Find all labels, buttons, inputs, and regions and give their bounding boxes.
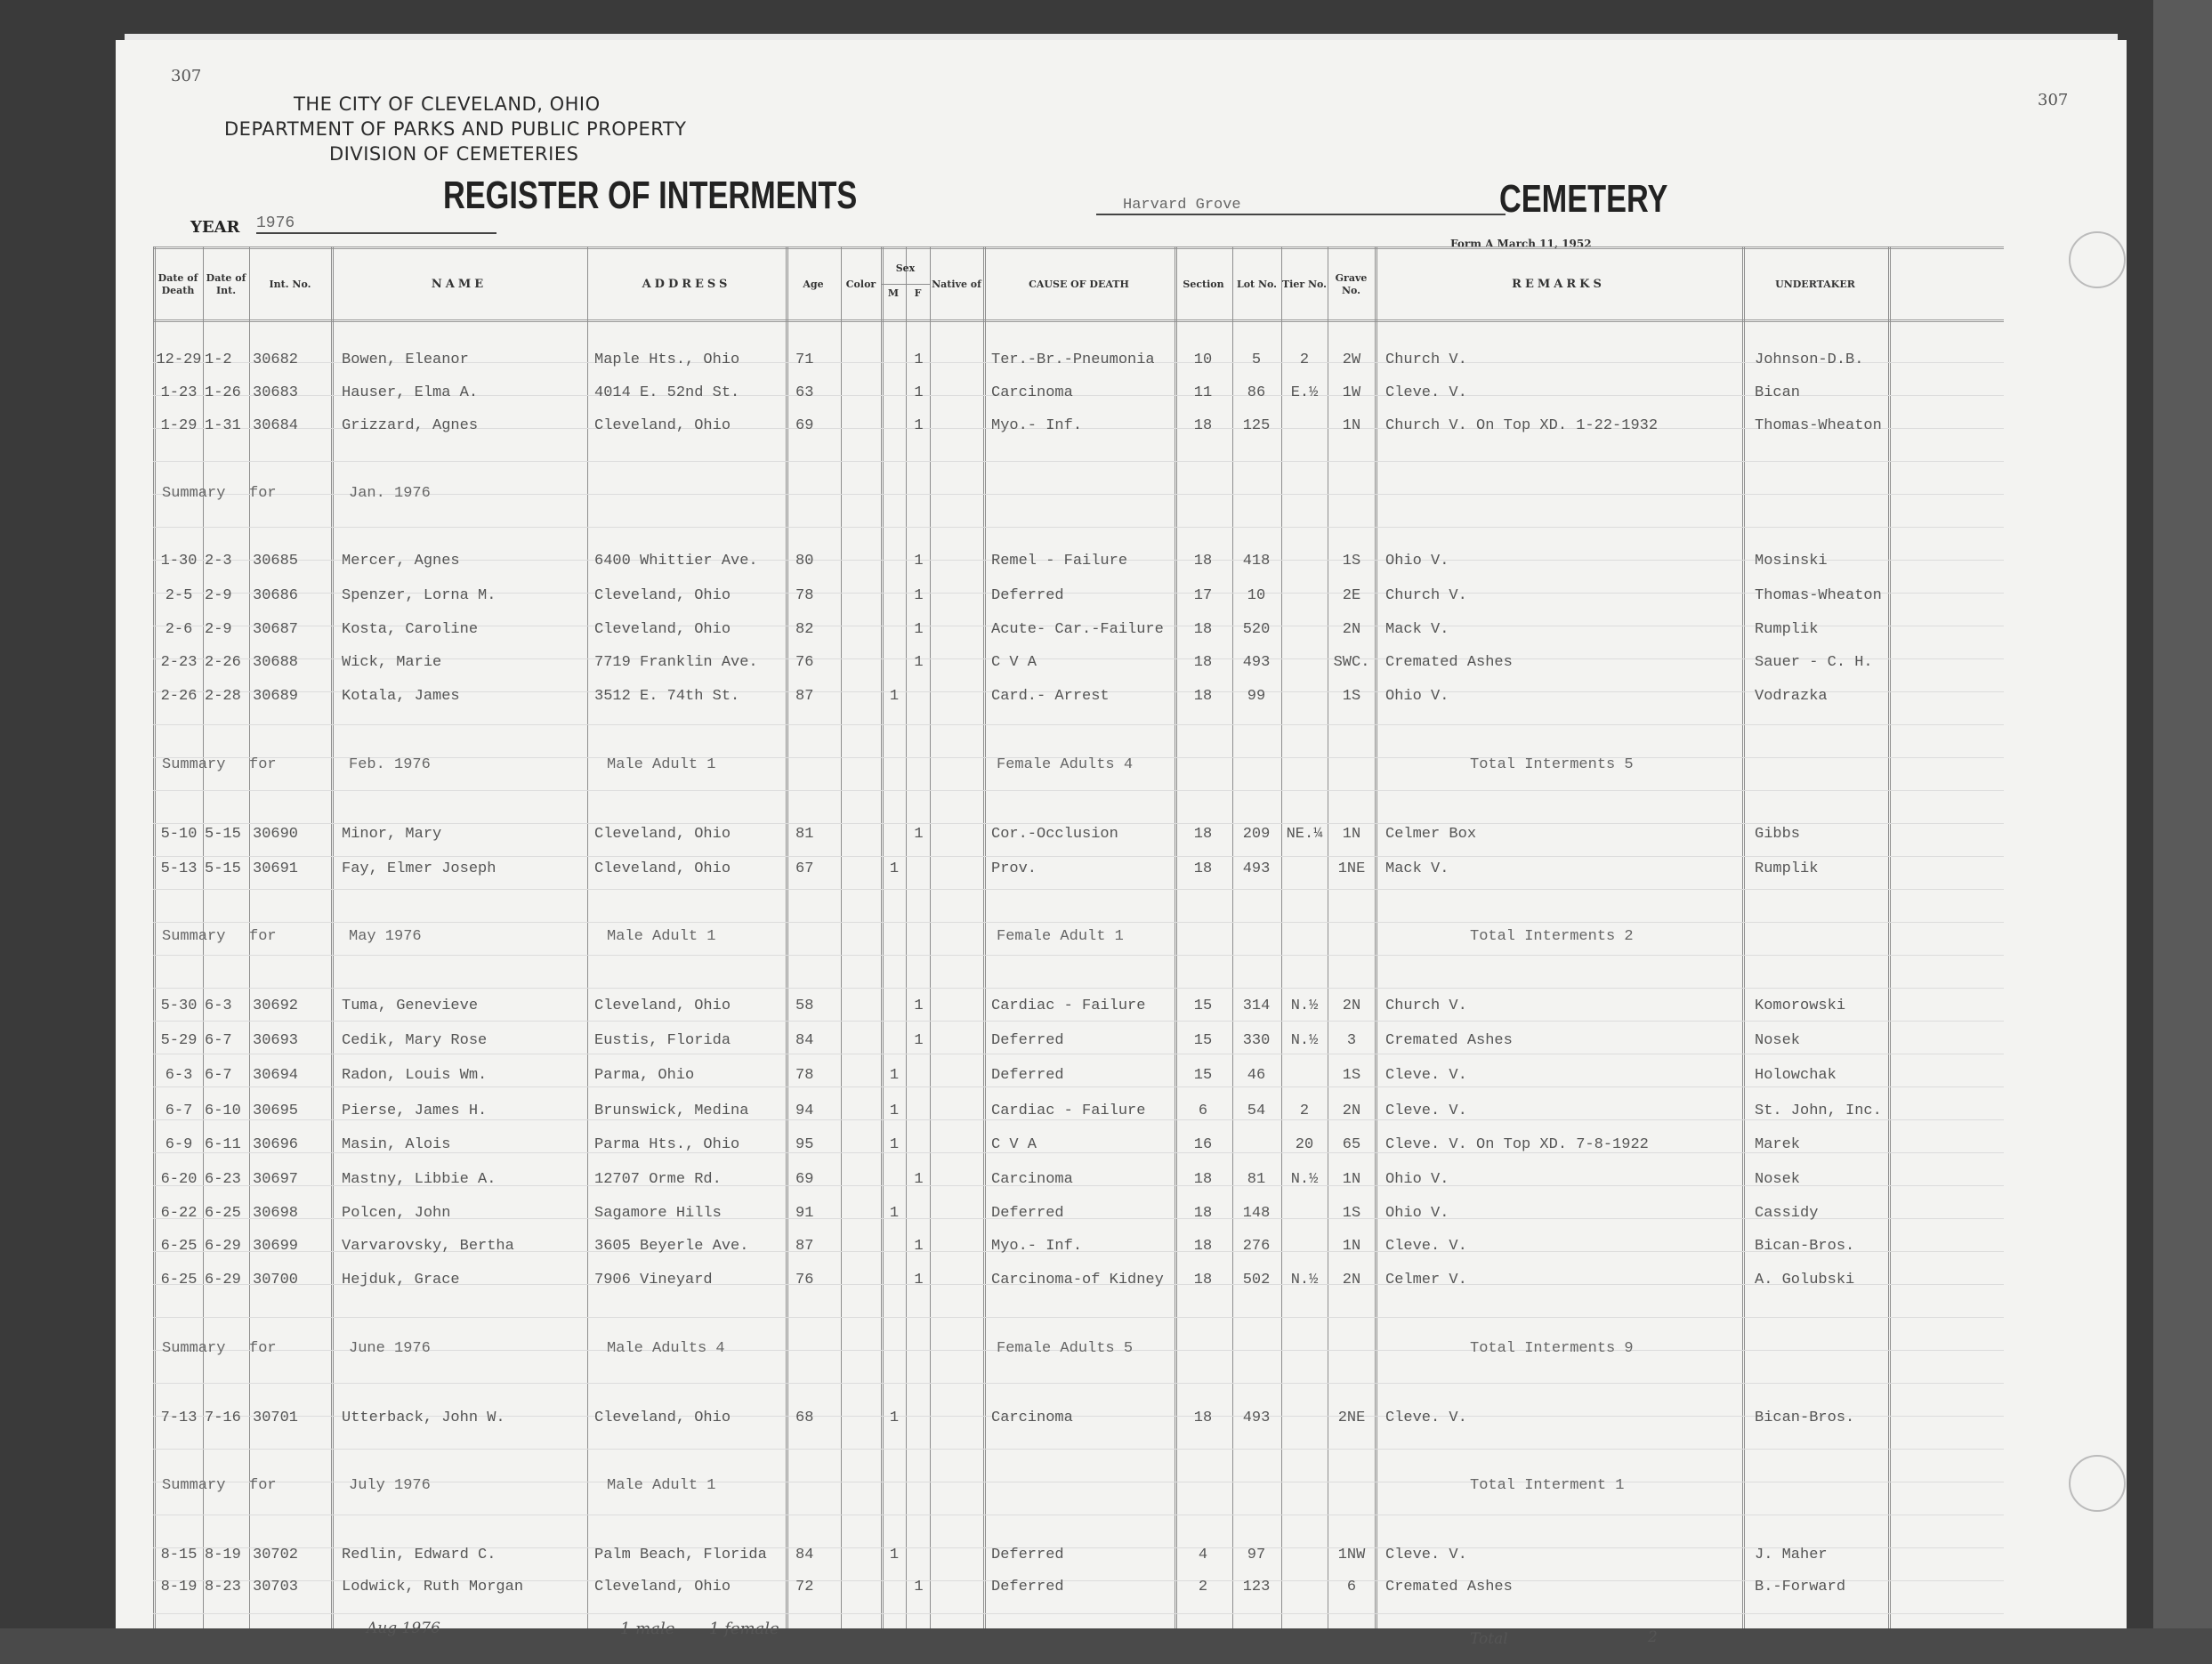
cause-of-death: C V A bbox=[991, 654, 1169, 671]
date-of-interment: 5-15 bbox=[205, 860, 247, 877]
ruled-line bbox=[153, 988, 2004, 989]
interment-number: 30687 bbox=[253, 621, 329, 638]
date-of-death: 5-13 bbox=[155, 860, 203, 877]
date-of-interment: 2-28 bbox=[205, 688, 247, 705]
department-heading: DEPARTMENT OF PARKS AND PUBLIC PROPERTY bbox=[224, 118, 686, 140]
grave-number: 1S bbox=[1329, 1067, 1374, 1084]
undertaker: Nosek bbox=[1755, 1032, 1888, 1049]
section: 2 bbox=[1181, 1579, 1225, 1595]
address: Cleveland, Ohio bbox=[594, 1579, 781, 1595]
address: Sagamore Hills bbox=[594, 1205, 781, 1222]
ruled-line bbox=[153, 461, 2004, 462]
summary-period: Jan. 1976 bbox=[349, 485, 527, 502]
tier-number: N.½ bbox=[1283, 998, 1326, 1014]
grave-number: 6 bbox=[1329, 1579, 1374, 1595]
interment-number: 30690 bbox=[253, 826, 329, 843]
undertaker: J. Maher bbox=[1755, 1547, 1888, 1563]
lot-number: 125 bbox=[1234, 417, 1279, 434]
remarks: Cleve. V. bbox=[1385, 1410, 1737, 1426]
interments-table: Date of Death Date of Int. Int. No. NAME… bbox=[153, 246, 2004, 1628]
age: 76 bbox=[795, 1272, 831, 1288]
lot-number: 54 bbox=[1234, 1103, 1279, 1119]
lot-number: 520 bbox=[1234, 621, 1279, 638]
date-of-death: 2-5 bbox=[155, 587, 203, 604]
undertaker: Vodrazka bbox=[1755, 688, 1888, 705]
cause-of-death: Cardiac - Failure bbox=[991, 998, 1169, 1014]
date-of-death: 7-13 bbox=[155, 1410, 203, 1426]
deceased-name: Masin, Alois bbox=[342, 1136, 582, 1153]
remarks: Ohio V. bbox=[1385, 1171, 1737, 1188]
age: 68 bbox=[795, 1410, 831, 1426]
grave-number: 1S bbox=[1329, 688, 1374, 705]
summary-label: Summary bbox=[162, 1477, 215, 1494]
date-of-death: 2-23 bbox=[155, 654, 203, 671]
deceased-name: Fay, Elmer Joseph bbox=[342, 860, 582, 877]
sex-female: 1 bbox=[908, 1238, 930, 1255]
remarks: Church V. bbox=[1385, 998, 1737, 1014]
ruled-line bbox=[153, 1317, 2004, 1318]
deceased-name: Mastny, Libbie A. bbox=[342, 1171, 582, 1188]
sex-female: 1 bbox=[908, 998, 930, 1014]
grave-number: 2N bbox=[1329, 998, 1374, 1014]
section: 18 bbox=[1181, 1272, 1225, 1288]
city-heading: THE CITY OF CLEVELAND, OHIO bbox=[294, 93, 601, 115]
sex-female: 1 bbox=[908, 1579, 930, 1595]
date-of-death: 6-7 bbox=[155, 1103, 203, 1119]
date-of-interment: 8-23 bbox=[205, 1579, 247, 1595]
date-of-death: 6-25 bbox=[155, 1238, 203, 1255]
table-row: 5-306-330692Tuma, GenevieveCleveland, Oh… bbox=[153, 998, 2004, 1030]
tier-number: E.½ bbox=[1283, 384, 1326, 401]
table-row: 8-198-2330703Lodwick, Ruth MorganClevela… bbox=[153, 1579, 2004, 1611]
address: 7906 Vineyard bbox=[594, 1272, 781, 1288]
age: 87 bbox=[795, 1238, 831, 1255]
undertaker: Rumplik bbox=[1755, 860, 1888, 877]
lot-number: 493 bbox=[1234, 860, 1279, 877]
remarks: Cremated Ashes bbox=[1385, 1032, 1737, 1049]
cause-of-death: Myo.- Inf. bbox=[991, 417, 1169, 434]
undertaker: B.-Forward bbox=[1755, 1579, 1888, 1595]
table-row: 5-105-1530690Minor, MaryCleveland, Ohio8… bbox=[153, 826, 2004, 858]
summary-female-count: Female Adult 1 bbox=[997, 928, 1175, 945]
interment-number: 30702 bbox=[253, 1547, 329, 1563]
lot-number: 86 bbox=[1234, 384, 1279, 401]
section: 18 bbox=[1181, 688, 1225, 705]
sex-male: 1 bbox=[883, 1136, 906, 1153]
table-row: 6-226-2530698Polcen, JohnSagamore Hills9… bbox=[153, 1205, 2004, 1237]
address: Cleveland, Ohio bbox=[594, 417, 781, 434]
table-top-rule bbox=[153, 246, 2004, 249]
undertaker: Mosinski bbox=[1755, 553, 1888, 569]
lot-number: 123 bbox=[1234, 1579, 1279, 1595]
undertaker: Thomas-Wheaton bbox=[1755, 417, 1888, 434]
section: 15 bbox=[1181, 1067, 1225, 1084]
cause-of-death: Carcinoma bbox=[991, 384, 1169, 401]
section: 18 bbox=[1181, 1238, 1225, 1255]
date-of-death: 6-25 bbox=[155, 1272, 203, 1288]
summary-label: Summary bbox=[162, 485, 215, 502]
date-of-interment: 6-29 bbox=[205, 1272, 247, 1288]
date-of-interment: 1-31 bbox=[205, 417, 247, 434]
header-cause-of-death: CAUSE OF DEATH bbox=[983, 254, 1175, 316]
undertaker: Marek bbox=[1755, 1136, 1888, 1153]
summary-for: for bbox=[249, 756, 285, 773]
summary-row: SummaryforFeb. 1976Male Adult 1Female Ad… bbox=[153, 756, 2004, 788]
summary-label: Summary bbox=[162, 1340, 215, 1357]
summary-row: SummaryforJune 1976Male Adults 4Female A… bbox=[153, 1340, 2004, 1372]
date-of-interment: 6-11 bbox=[205, 1136, 247, 1153]
age: 87 bbox=[795, 688, 831, 705]
grave-number: 1S bbox=[1329, 1205, 1374, 1222]
interment-number: 30703 bbox=[253, 1579, 329, 1595]
section: 16 bbox=[1181, 1136, 1225, 1153]
age: 91 bbox=[795, 1205, 831, 1222]
remarks: Celmer V. bbox=[1385, 1272, 1737, 1288]
table-row: 2-62-930687Kosta, CarolineCleveland, Ohi… bbox=[153, 621, 2004, 653]
sex-female: 1 bbox=[908, 417, 930, 434]
date-of-death: 8-19 bbox=[155, 1579, 203, 1595]
grave-number: 2N bbox=[1329, 1272, 1374, 1288]
table-row: 1-291-3130684Grizzard, AgnesCleveland, O… bbox=[153, 417, 2004, 449]
undertaker: Thomas-Wheaton bbox=[1755, 587, 1888, 604]
grave-number: 2E bbox=[1329, 587, 1374, 604]
section: 18 bbox=[1181, 1171, 1225, 1188]
undertaker: Cassidy bbox=[1755, 1205, 1888, 1222]
page-number-right: 307 bbox=[2038, 91, 2068, 109]
table-row: 6-256-2930699Varvarovsky, Bertha3605 Bey… bbox=[153, 1238, 2004, 1270]
deceased-name: Polcen, John bbox=[342, 1205, 582, 1222]
table-row: 12-291-230682Bowen, EleanorMaple Hts., O… bbox=[153, 351, 2004, 384]
summary-female-count: Female Adults 5 bbox=[997, 1340, 1175, 1357]
tier-number: 20 bbox=[1283, 1136, 1326, 1153]
handwritten-total-label: Total bbox=[1470, 1630, 1508, 1648]
address: 4014 E. 52nd St. bbox=[594, 384, 781, 401]
grave-number: 1N bbox=[1329, 1171, 1374, 1188]
summary-male-count: Male Adults 4 bbox=[607, 1340, 785, 1357]
deceased-name: Minor, Mary bbox=[342, 826, 582, 843]
undertaker: Bican bbox=[1755, 384, 1888, 401]
grave-number: 1N bbox=[1329, 1238, 1374, 1255]
cause-of-death: Deferred bbox=[991, 587, 1169, 604]
cemetery-name: Harvard Grove bbox=[1096, 197, 1506, 215]
table-header-rule bbox=[153, 319, 2004, 322]
cause-of-death: Deferred bbox=[991, 1547, 1169, 1563]
section: 18 bbox=[1181, 860, 1225, 877]
date-of-death: 6-9 bbox=[155, 1136, 203, 1153]
handwritten-male: 1 male bbox=[620, 1620, 674, 1638]
summary-label: Summary bbox=[162, 756, 215, 773]
grave-number: 1S bbox=[1329, 553, 1374, 569]
undertaker: Rumplik bbox=[1755, 621, 1888, 638]
summary-for: for bbox=[249, 485, 285, 502]
lot-number: 502 bbox=[1234, 1272, 1279, 1288]
interment-number: 30691 bbox=[253, 860, 329, 877]
undertaker: Holowchak bbox=[1755, 1067, 1888, 1084]
header-name: NAME bbox=[331, 254, 587, 316]
date-of-interment: 1-26 bbox=[205, 384, 247, 401]
cemetery-label: CEMETERY bbox=[1499, 177, 1667, 222]
section: 4 bbox=[1181, 1547, 1225, 1563]
cause-of-death: Remel - Failure bbox=[991, 553, 1169, 569]
tier-number: 2 bbox=[1283, 1103, 1326, 1119]
remarks: Cleve. V. bbox=[1385, 384, 1737, 401]
deceased-name: Hejduk, Grace bbox=[342, 1272, 582, 1288]
cause-of-death: Carcinoma-of Kidney bbox=[991, 1272, 1169, 1288]
cause-of-death: Carcinoma bbox=[991, 1171, 1169, 1188]
section: 11 bbox=[1181, 384, 1225, 401]
cause-of-death: Myo.- Inf. bbox=[991, 1238, 1169, 1255]
address: Cleveland, Ohio bbox=[594, 826, 781, 843]
section: 15 bbox=[1181, 998, 1225, 1014]
sex-female: 1 bbox=[908, 1272, 930, 1288]
ruled-line bbox=[153, 1515, 2004, 1515]
age: 69 bbox=[795, 1171, 831, 1188]
sex-male: 1 bbox=[883, 1067, 906, 1084]
summary-total: Total Interments 5 bbox=[1470, 756, 1737, 773]
summary-for: for bbox=[249, 1340, 285, 1357]
undertaker: Bican-Bros. bbox=[1755, 1410, 1888, 1426]
summary-male-count: Male Adult 1 bbox=[607, 756, 785, 773]
section: 18 bbox=[1181, 621, 1225, 638]
date-of-death: 6-3 bbox=[155, 1067, 203, 1084]
tier-number: N.½ bbox=[1283, 1272, 1326, 1288]
binder-edge bbox=[2153, 0, 2212, 1664]
address: Palm Beach, Florida bbox=[594, 1547, 781, 1563]
lot-number: 46 bbox=[1234, 1067, 1279, 1084]
summary-period: Feb. 1976 bbox=[349, 756, 527, 773]
lot-number: 81 bbox=[1234, 1171, 1279, 1188]
grave-number: 2NE bbox=[1329, 1410, 1374, 1426]
grave-number: 1W bbox=[1329, 384, 1374, 401]
tier-number: N.½ bbox=[1283, 1171, 1326, 1188]
table-row: 1-231-2630683Hauser, Elma A.4014 E. 52nd… bbox=[153, 384, 2004, 416]
interment-number: 30697 bbox=[253, 1171, 329, 1188]
sex-male: 1 bbox=[883, 1103, 906, 1119]
ruled-line bbox=[153, 724, 2004, 725]
section: 18 bbox=[1181, 553, 1225, 569]
lot-number: 418 bbox=[1234, 553, 1279, 569]
age: 78 bbox=[795, 1067, 831, 1084]
date-of-interment: 1-2 bbox=[205, 351, 247, 368]
sex-female: 1 bbox=[908, 1171, 930, 1188]
deceased-name: Mercer, Agnes bbox=[342, 553, 582, 569]
lot-number: 97 bbox=[1234, 1547, 1279, 1563]
date-of-interment: 2-9 bbox=[205, 621, 247, 638]
undertaker: A. Golubski bbox=[1755, 1272, 1888, 1288]
date-of-interment: 2-26 bbox=[205, 654, 247, 671]
undertaker: Nosek bbox=[1755, 1171, 1888, 1188]
date-of-interment: 6-7 bbox=[205, 1067, 247, 1084]
summary-total: Total Interments 9 bbox=[1470, 1340, 1737, 1357]
sex-female: 1 bbox=[908, 553, 930, 569]
date-of-death: 5-10 bbox=[155, 826, 203, 843]
section: 18 bbox=[1181, 654, 1225, 671]
deceased-name: Cedik, Mary Rose bbox=[342, 1032, 582, 1049]
section: 15 bbox=[1181, 1032, 1225, 1049]
date-of-interment: 8-19 bbox=[205, 1547, 247, 1563]
section: 17 bbox=[1181, 587, 1225, 604]
interment-number: 30695 bbox=[253, 1103, 329, 1119]
grave-number: 1NE bbox=[1329, 860, 1374, 877]
sex-female: 1 bbox=[908, 351, 930, 368]
division-heading: DIVISION OF CEMETERIES bbox=[329, 143, 578, 165]
date-of-interment: 6-29 bbox=[205, 1238, 247, 1255]
date-of-death: 6-20 bbox=[155, 1171, 203, 1188]
address: Parma, Ohio bbox=[594, 1067, 781, 1084]
cause-of-death: Cor.-Occlusion bbox=[991, 826, 1169, 843]
header-sex: Sex bbox=[881, 254, 930, 284]
section: 6 bbox=[1181, 1103, 1225, 1119]
remarks: Mack V. bbox=[1385, 621, 1737, 638]
deceased-name: Grizzard, Agnes bbox=[342, 417, 582, 434]
ruled-line bbox=[153, 1383, 2004, 1384]
header-age: Age bbox=[786, 254, 841, 316]
date-of-interment: 6-7 bbox=[205, 1032, 247, 1049]
age: 84 bbox=[795, 1032, 831, 1049]
age: 72 bbox=[795, 1579, 831, 1595]
lot-number: 209 bbox=[1234, 826, 1279, 843]
deceased-name: Hauser, Elma A. bbox=[342, 384, 582, 401]
date-of-interment: 2-9 bbox=[205, 587, 247, 604]
age: 94 bbox=[795, 1103, 831, 1119]
age: 58 bbox=[795, 998, 831, 1014]
year-value: 1976 bbox=[256, 214, 496, 234]
address: Eustis, Florida bbox=[594, 1032, 781, 1049]
header-undertaker: UNDERTAKER bbox=[1742, 254, 1888, 316]
age: 78 bbox=[795, 587, 831, 604]
header-sex-f: F bbox=[906, 287, 930, 299]
age: 81 bbox=[795, 826, 831, 843]
address: Parma Hts., Ohio bbox=[594, 1136, 781, 1153]
date-of-death: 1-30 bbox=[155, 553, 203, 569]
date-of-interment: 5-15 bbox=[205, 826, 247, 843]
cause-of-death: Cardiac - Failure bbox=[991, 1103, 1169, 1119]
tier-number: 2 bbox=[1283, 351, 1326, 368]
cause-of-death: Acute- Car.-Failure bbox=[991, 621, 1169, 638]
register-title: REGISTER OF INTERMENTS bbox=[443, 174, 857, 218]
table-row: 2-52-930686Spenzer, Lorna M.Cleveland, O… bbox=[153, 587, 2004, 619]
remarks: Church V. bbox=[1385, 351, 1737, 368]
interment-number: 30685 bbox=[253, 553, 329, 569]
address: Cleveland, Ohio bbox=[594, 860, 781, 877]
summary-row: SummaryforJan. 1976 bbox=[153, 485, 2004, 517]
grave-number: 2W bbox=[1329, 351, 1374, 368]
address: Cleveland, Ohio bbox=[594, 998, 781, 1014]
section: 10 bbox=[1181, 351, 1225, 368]
deceased-name: Utterback, John W. bbox=[342, 1410, 582, 1426]
sex-female: 1 bbox=[908, 1032, 930, 1049]
sex-female: 1 bbox=[908, 384, 930, 401]
deceased-name: Lodwick, Ruth Morgan bbox=[342, 1579, 582, 1595]
address: Maple Hts., Ohio bbox=[594, 351, 781, 368]
summary-total: Total Interment 1 bbox=[1470, 1477, 1737, 1494]
summary-for: for bbox=[249, 1477, 285, 1494]
lot-number: 10 bbox=[1234, 587, 1279, 604]
interment-number: 30684 bbox=[253, 417, 329, 434]
cause-of-death: C V A bbox=[991, 1136, 1169, 1153]
cause-of-death: Card.- Arrest bbox=[991, 688, 1169, 705]
interment-number: 30700 bbox=[253, 1272, 329, 1288]
remarks: Cleve. V. On Top XD. 7-8-1922 bbox=[1385, 1136, 1737, 1153]
grave-number: 1N bbox=[1329, 826, 1374, 843]
grave-number: 65 bbox=[1329, 1136, 1374, 1153]
sex-female: 1 bbox=[908, 587, 930, 604]
handwritten-summary-row: Aug 1976 1 male 1 female Total 2 bbox=[153, 1639, 2004, 1664]
interment-number: 30699 bbox=[253, 1238, 329, 1255]
section: 18 bbox=[1181, 826, 1225, 843]
remarks: Cleve. V. bbox=[1385, 1547, 1737, 1563]
summary-row: SummaryforMay 1976Male Adult 1Female Adu… bbox=[153, 928, 2004, 960]
address: 12707 Orme Rd. bbox=[594, 1171, 781, 1188]
page-number-left: 307 bbox=[171, 67, 201, 85]
handwritten-period: Aug 1976 bbox=[367, 1620, 440, 1637]
date-of-death: 1-23 bbox=[155, 384, 203, 401]
summary-period: July 1976 bbox=[349, 1477, 527, 1494]
summary-for: for bbox=[249, 928, 285, 945]
tier-number: NE.¼ bbox=[1283, 826, 1326, 843]
date-of-death: 5-29 bbox=[155, 1032, 203, 1049]
age: 67 bbox=[795, 860, 831, 877]
date-of-interment: 6-10 bbox=[205, 1103, 247, 1119]
deceased-name: Radon, Louis Wm. bbox=[342, 1067, 582, 1084]
undertaker: St. John, Inc. bbox=[1755, 1103, 1888, 1119]
date-of-death: 6-22 bbox=[155, 1205, 203, 1222]
address: 3605 Beyerle Ave. bbox=[594, 1238, 781, 1255]
table-row: 5-135-1530691Fay, Elmer JosephCleveland,… bbox=[153, 860, 2004, 893]
sex-female: 1 bbox=[908, 654, 930, 671]
interment-number: 30694 bbox=[253, 1067, 329, 1084]
header-tier-no: Tier No. bbox=[1281, 254, 1328, 316]
summary-male-count: Male Adult 1 bbox=[607, 1477, 785, 1494]
grave-number: 2N bbox=[1329, 621, 1374, 638]
date-of-death: 2-6 bbox=[155, 621, 203, 638]
tier-number: N.½ bbox=[1283, 1032, 1326, 1049]
remarks: Ohio V. bbox=[1385, 553, 1737, 569]
cause-of-death: Prov. bbox=[991, 860, 1169, 877]
lot-number: 276 bbox=[1234, 1238, 1279, 1255]
table-row: 6-96-1130696Masin, AloisParma Hts., Ohio… bbox=[153, 1136, 2004, 1168]
address: Cleveland, Ohio bbox=[594, 621, 781, 638]
age: 76 bbox=[795, 654, 831, 671]
table-row: 6-76-1030695Pierse, James H.Brunswick, M… bbox=[153, 1103, 2004, 1135]
address: 6400 Whittier Ave. bbox=[594, 553, 781, 569]
address: Cleveland, Ohio bbox=[594, 1410, 781, 1426]
header-sex-m: M bbox=[881, 287, 906, 299]
remarks: Cremated Ashes bbox=[1385, 654, 1737, 671]
interment-number: 30688 bbox=[253, 654, 329, 671]
header-remarks: REMARKS bbox=[1375, 254, 1742, 316]
ruled-line bbox=[153, 1449, 2004, 1450]
age: 82 bbox=[795, 621, 831, 638]
date-of-death: 5-30 bbox=[155, 998, 203, 1014]
cause-of-death: Deferred bbox=[991, 1032, 1169, 1049]
lot-number: 148 bbox=[1234, 1205, 1279, 1222]
remarks: Cleve. V. bbox=[1385, 1067, 1737, 1084]
date-of-death: 12-29 bbox=[155, 351, 203, 368]
deceased-name: Varvarovsky, Bertha bbox=[342, 1238, 582, 1255]
lot-number: 493 bbox=[1234, 1410, 1279, 1426]
deceased-name: Spenzer, Lorna M. bbox=[342, 587, 582, 604]
section: 18 bbox=[1181, 1410, 1225, 1426]
handwritten-female: 1 female bbox=[709, 1620, 779, 1638]
date-of-interment: 6-25 bbox=[205, 1205, 247, 1222]
register-page: 307 307 THE CITY OF CLEVELAND, OHIO DEPA… bbox=[116, 40, 2127, 1628]
header-int-no: Int. No. bbox=[249, 254, 331, 316]
header-native-of: Native of bbox=[930, 254, 983, 316]
handwritten-total-value: 2 bbox=[1648, 1628, 1658, 1646]
date-of-interment: 6-3 bbox=[205, 998, 247, 1014]
remarks: Ohio V. bbox=[1385, 688, 1737, 705]
